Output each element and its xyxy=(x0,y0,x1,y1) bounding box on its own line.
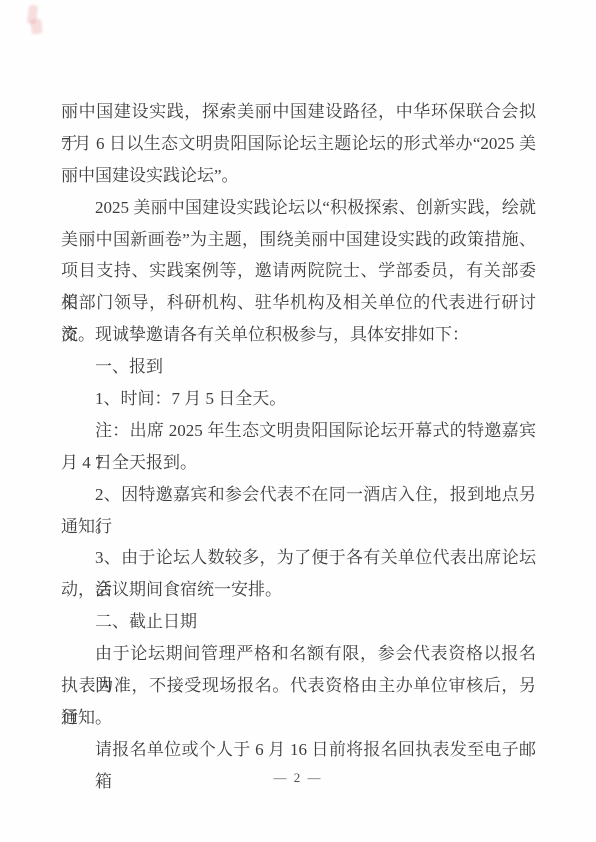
text-line: 注：出席 2025 年生态文明贵阳国际论坛开幕式的特邀嘉宾 7 xyxy=(61,415,536,447)
text-line: 关部门领导，科研机构、驻华机构及相关单位的代表进行研讨交 xyxy=(61,287,536,319)
document-body: 丽中国建设实践，探索美丽中国建设路径，中华环保联合会拟于7 月 6 日以生态文明… xyxy=(61,96,536,766)
text-line: 请报名单位或个人于 6 月 16 日前将报名回执表发至电子邮箱 xyxy=(61,734,536,766)
text-line: 通知。 xyxy=(61,511,536,543)
text-line: 月 4 日全天报到。 xyxy=(61,447,536,479)
text-line: 执表为准，不接受现场报名。代表资格由主办单位审核后，另行 xyxy=(61,670,536,702)
text-line: 动，会议期间食宿统一安排。 xyxy=(61,574,536,606)
text-line: 1、时间：7 月 5 日全天。 xyxy=(61,383,536,415)
text-line: 美丽中国新画卷”为主题，围绕美丽中国建设实践的政策措施、 xyxy=(61,224,536,256)
text-line: 3、由于论坛人数较多，为了便于各有关单位代表出席论坛活 xyxy=(61,542,536,574)
text-line: 一、报到 xyxy=(61,351,536,383)
red-ink-smudge xyxy=(30,18,43,34)
text-line: 丽中国建设实践论坛”。 xyxy=(61,160,536,192)
text-line: 丽中国建设实践，探索美丽中国建设路径，中华环保联合会拟于 xyxy=(61,96,536,128)
text-line: 通知。 xyxy=(61,702,536,734)
page-number: — 2 — xyxy=(0,770,596,786)
text-line: 项目支持、实践案例等，邀请两院院士、学部委员，有关部委相 xyxy=(61,255,536,287)
text-line: 流。现诚挚邀请各有关单位积极参与，具体安排如下： xyxy=(61,319,536,351)
text-line: 2025 美丽中国建设实践论坛以“积极探索、创新实践，绘就 xyxy=(61,192,536,224)
text-line: 二、截止日期 xyxy=(61,606,536,638)
text-line: 7 月 6 日以生态文明贵阳国际论坛主题论坛的形式举办“2025 美 xyxy=(61,128,536,160)
text-line: 由于论坛期间管理严格和名额有限，参会代表资格以报名回 xyxy=(61,638,536,670)
text-line: 2、因特邀嘉宾和参会代表不在同一酒店入住，报到地点另行 xyxy=(61,479,536,511)
scanned-document-page: 丽中国建设实践，探索美丽中国建设路径，中华环保联合会拟于7 月 6 日以生态文明… xyxy=(0,0,596,842)
